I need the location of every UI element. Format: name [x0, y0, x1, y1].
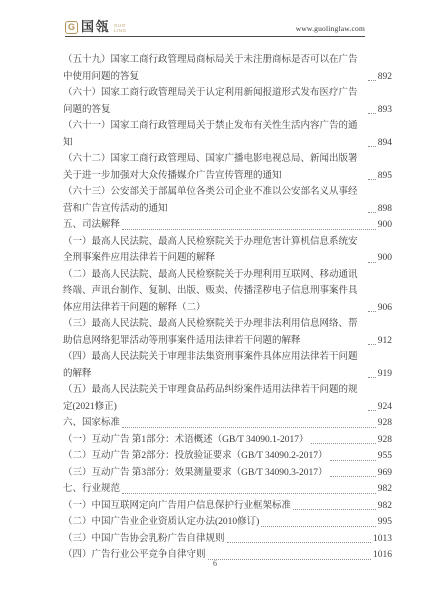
toc-entry-page: 894: [378, 135, 392, 152]
toc-section-entry: 六、国家标准 928: [63, 415, 392, 432]
dot-leader: [368, 344, 376, 345]
toc-entry-page: 919: [378, 366, 392, 383]
toc-entry: （三）互动广告 第3部分：效果测量要求（GB/T 34090.3-2017） 9…: [63, 465, 392, 482]
dot-leader: [368, 377, 376, 378]
toc-entry: （一）互动广告 第1部分：术语概述（GB/T 34090.1-2017） 928: [63, 432, 392, 449]
toc-entry-title: （二）互动广告 第2部分：投放验证要求（GB/T 34090.2-2017）: [63, 448, 328, 465]
toc-entry: （六十三）公安部关于部属单位各类公司企业不准以公安部名义从事经营和广告宣传活动的…: [63, 184, 392, 217]
toc-entry-title: （三）最高人民法院、最高人民检察院关于办理非法利用信息网络、帮助信息网络犯罪活动…: [63, 316, 366, 349]
toc-entry-page: 900: [378, 250, 392, 267]
brand-name: 国瓴: [81, 20, 110, 34]
dot-leader: [368, 410, 376, 411]
document-page: G 国瓴 GUO LING www.guolinglaw.com （五十九）国家…: [0, 0, 430, 608]
toc-section-entry: 五、司法解释 900: [63, 217, 392, 234]
toc-entry-page: 893: [378, 102, 392, 119]
toc-entry-title: （五十九）国家工商行政管理局商标局关于未注册商标是否可以在广告中使用问题的答复: [63, 52, 366, 85]
toc-entry-page: 924: [378, 399, 392, 416]
toc-entry-title: （二）中国广告业企业资质认定办法(2010修订): [63, 514, 259, 531]
dot-leader: [368, 212, 376, 213]
toc-entry-page: 1013: [373, 531, 392, 548]
guoling-logo: G 国瓴 GUO LING: [65, 20, 127, 34]
toc-entry-title: （六十一）国家工商行政管理局关于禁止发布有关性生活内容广告的通知: [63, 118, 366, 151]
toc-entry-title: （五）最高人民法院关于审理食品药品纠纷案件适用法律若干问题的规定(2021修正): [63, 382, 366, 415]
toc-entry: （六十一）国家工商行政管理局关于禁止发布有关性生活内容广告的通知 894: [63, 118, 392, 151]
toc-entry-title: （二）最高人民法院、最高人民检察院关于办理利用互联网、移动通讯终端、声讯台制作、…: [63, 267, 366, 317]
dot-leader: [330, 476, 376, 477]
toc-entry: （一）最高人民法院、最高人民检察院关于办理危害计算机信息系统安全刑事案件应用法律…: [63, 234, 392, 267]
toc-entry: （一）中国互联网定向广告用户信息保护行业框架标准 982: [63, 498, 392, 515]
toc-entry-page: 982: [378, 481, 392, 498]
dot-leader: [122, 229, 376, 230]
page-header: G 国瓴 GUO LING www.guolinglaw.com: [0, 0, 430, 37]
toc-entry: （五十九）国家工商行政管理局商标局关于未注册商标是否可以在广告中使用问题的答复 …: [63, 52, 392, 85]
toc-entry-title: （一）互动广告 第1部分：术语概述（GB/T 34090.1-2017）: [63, 432, 309, 449]
toc-entry-title: （六十二）国家工商行政管理局、国家广播电影电视总局、新闻出版署关于进一步加强对大…: [63, 151, 366, 184]
toc-entry-page: 928: [378, 415, 392, 432]
toc-entry-page: 898: [378, 201, 392, 218]
brand-subtext: GUO LING: [114, 23, 127, 33]
toc-entry-page: 912: [378, 333, 392, 350]
toc-entry: （五）最高人民法院关于审理食品药品纠纷案件适用法律若干问题的规定(2021修正)…: [63, 382, 392, 415]
toc-entry: （二）中国广告业企业资质认定办法(2010修订) 995: [63, 514, 392, 531]
toc-entry-title: （三）中国广告协会乳粉广告自律规则: [63, 531, 225, 548]
toc-entry-title: （一）最高人民法院、最高人民检察院关于办理危害计算机信息系统安全刑事案件应用法律…: [63, 234, 366, 267]
toc-entry-title: （三）互动广告 第3部分：效果测量要求（GB/T 34090.3-2017）: [63, 465, 328, 482]
toc-entry-title: 七、行业规范: [63, 481, 120, 498]
website-url: www.guolinglaw.com: [296, 24, 365, 34]
toc-entry: （二）互动广告 第2部分：投放验证要求（GB/T 34090.2-2017） 9…: [63, 448, 392, 465]
toc-entry: （二）最高人民法院、最高人民检察院关于办理利用互联网、移动通讯终端、声讯台制作、…: [63, 267, 392, 317]
dot-leader: [261, 526, 375, 527]
dot-leader: [330, 460, 376, 461]
toc-entry: （三）最高人民法院、最高人民检察院关于办理非法利用信息网络、帮助信息网络犯罪活动…: [63, 316, 392, 349]
toc-entry-title: （四）最高人民法院关于审理非法集资刑事案件具体应用法律若干问题的解释: [63, 349, 366, 382]
toc-entry: （三）中国广告协会乳粉广告自律规则 1013: [63, 531, 392, 548]
toc-entry-title: （六十三）公安部关于部属单位各类公司企业不准以公安部名义从事经营和广告宣传活动的…: [63, 184, 366, 217]
dot-leader: [368, 80, 376, 81]
toc-entry-page: 892: [378, 69, 392, 86]
toc-entry-title: （六十）国家工商行政管理局关于认定利用新闻报道形式发布医疗广告问题的答复: [63, 85, 366, 118]
toc-entry-page: 928: [378, 432, 392, 449]
brand-subtext-bottom: LING: [114, 28, 127, 33]
dot-leader: [368, 179, 376, 180]
logo-g-icon: G: [65, 21, 78, 34]
toc-entry-page: 955: [378, 448, 392, 465]
dot-leader: [122, 493, 376, 494]
dot-leader: [368, 146, 376, 147]
toc-entry: （六十）国家工商行政管理局关于认定利用新闻报道形式发布医疗广告问题的答复 893: [63, 85, 392, 118]
toc-entry-title: （一）中国互联网定向广告用户信息保护行业框架标准: [63, 498, 291, 515]
dot-leader: [122, 427, 376, 428]
dot-leader: [368, 113, 376, 114]
toc-section-entry: 七、行业规范 982: [63, 481, 392, 498]
toc-entry-title: 六、国家标准: [63, 415, 120, 432]
dot-leader: [368, 311, 376, 312]
dot-leader: [311, 443, 376, 444]
page-footer: 6: [0, 553, 430, 571]
dot-leader: [227, 542, 371, 543]
toc-entry-page: 969: [378, 465, 392, 482]
toc-entry-page: 900: [378, 217, 392, 234]
toc-entry-page: 995: [378, 514, 392, 531]
toc-entry: （六十二）国家工商行政管理局、国家广播电影电视总局、新闻出版署关于进一步加强对大…: [63, 151, 392, 184]
dot-leader: [368, 262, 376, 263]
toc-entry-title: 五、司法解释: [63, 217, 120, 234]
header-rule: G 国瓴 GUO LING www.guolinglaw.com: [65, 20, 365, 37]
toc-entry: （四）最高人民法院关于审理非法集资刑事案件具体应用法律若干问题的解释 919: [63, 349, 392, 382]
toc-entry-page: 906: [378, 300, 392, 317]
dot-leader: [293, 509, 376, 510]
page-number: 6: [213, 559, 217, 568]
toc-entry-page: 895: [378, 168, 392, 185]
table-of-contents: （五十九）国家工商行政管理局商标局关于未注册商标是否可以在广告中使用问题的答复 …: [63, 52, 392, 564]
toc-entry-page: 982: [378, 498, 392, 515]
